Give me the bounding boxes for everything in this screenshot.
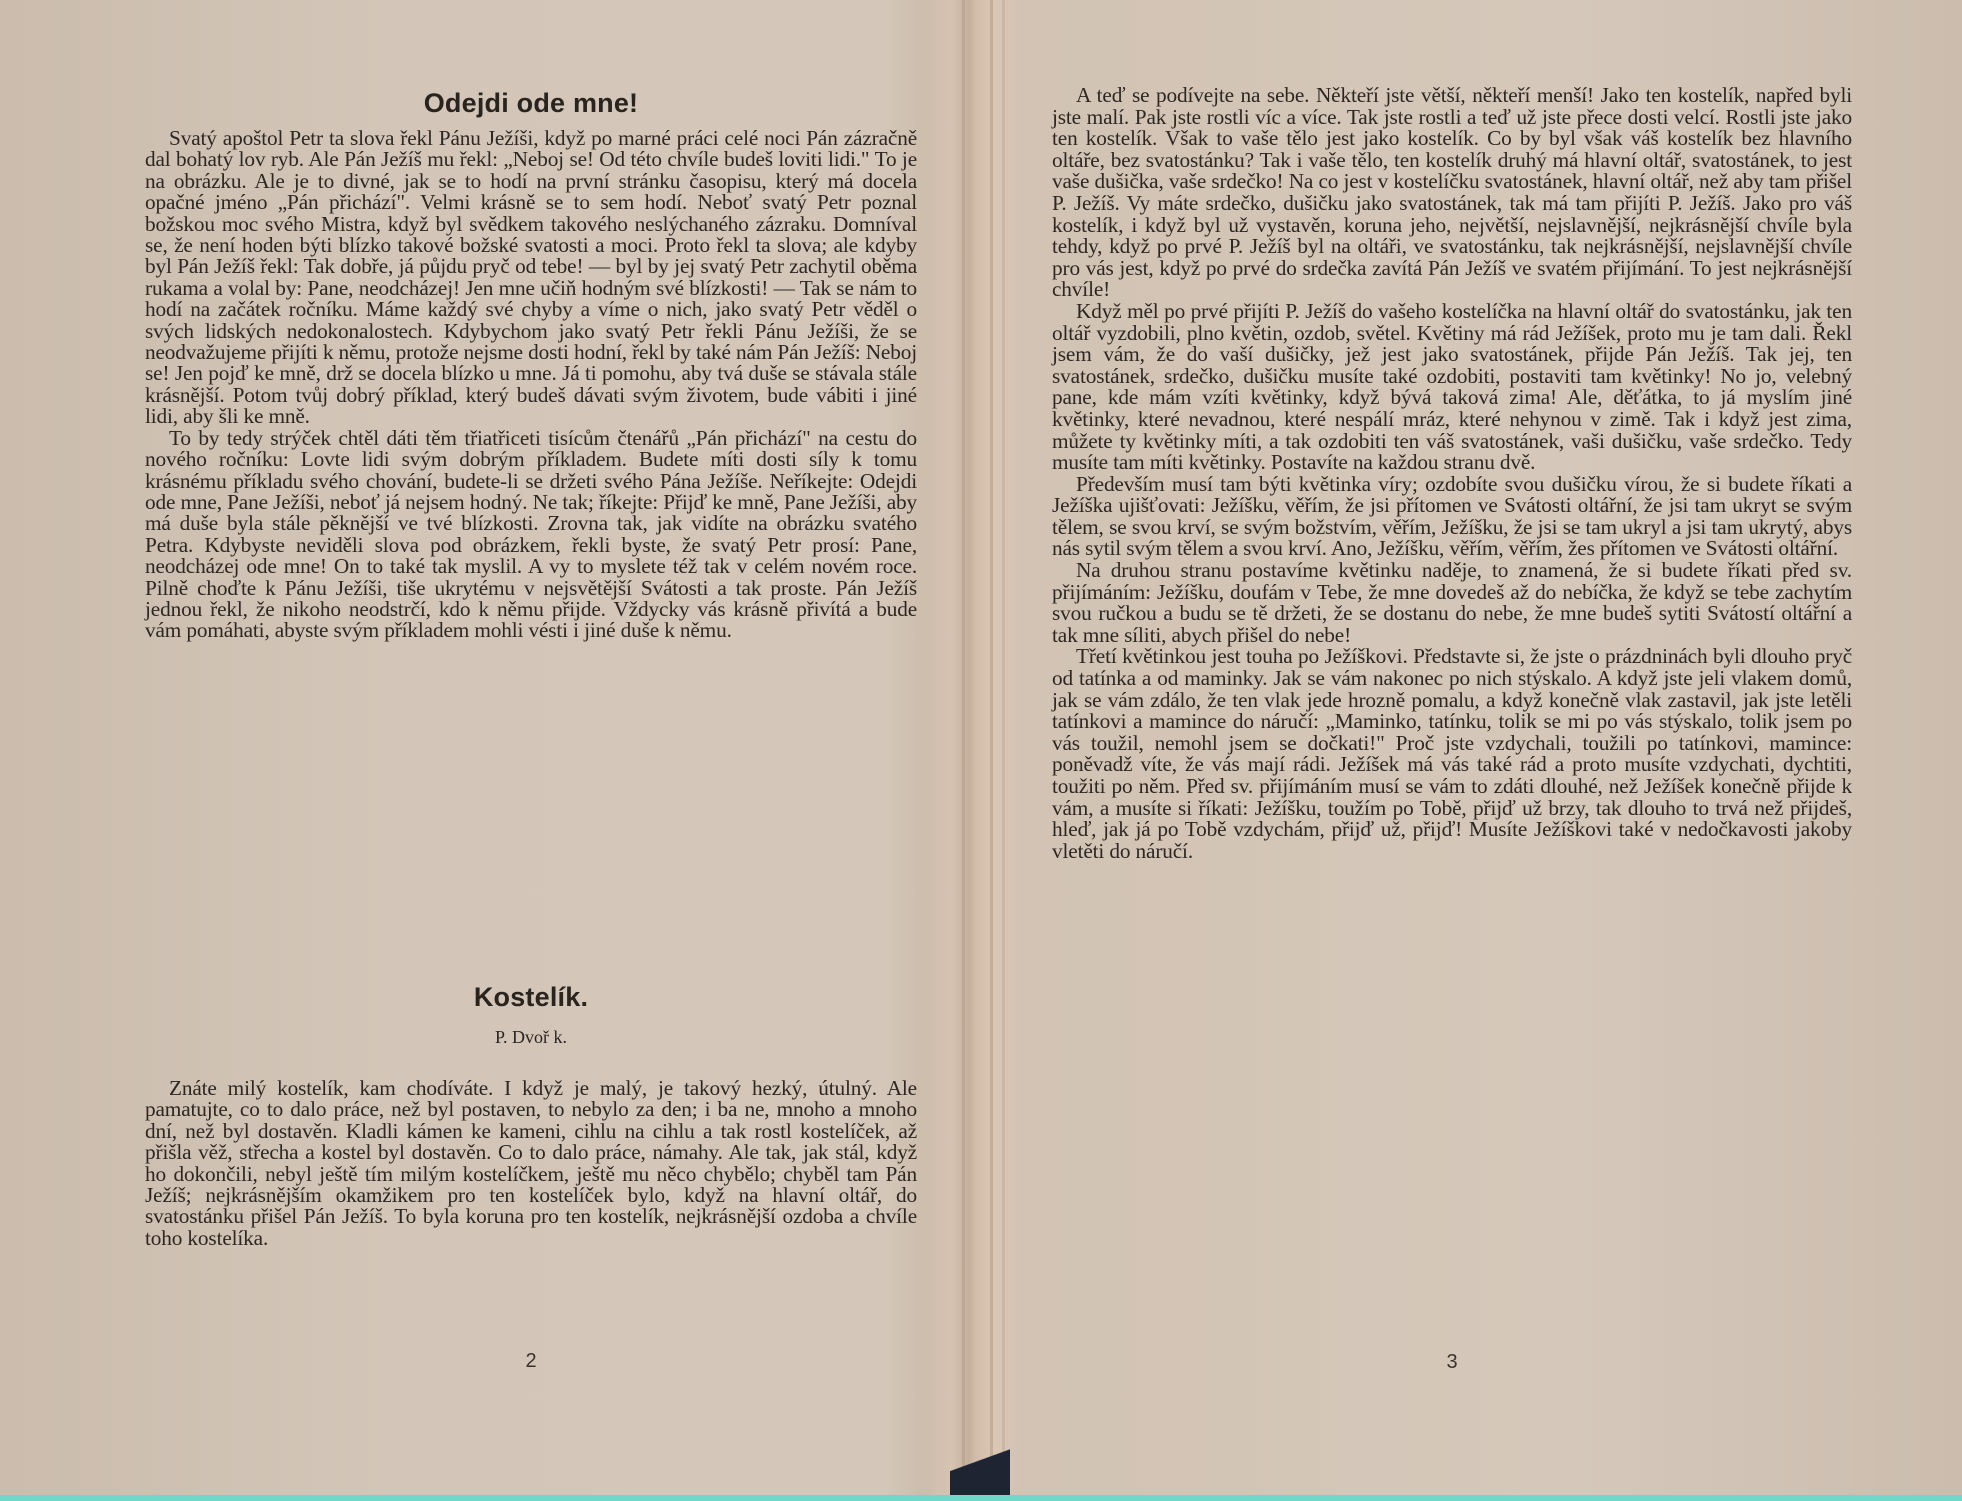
paragraph: Svatý apoštol Petr ta slova řekl Pánu Je… bbox=[145, 128, 917, 428]
gutter-fold-line bbox=[1002, 0, 1005, 1495]
paragraph: Především musí tam býti květinka víry; o… bbox=[1052, 474, 1852, 560]
paragraph: Na druhou stranu postavíme květinku nadě… bbox=[1052, 560, 1852, 646]
gutter-fold-line bbox=[962, 0, 965, 1495]
article-body-kostelik-continued: A teď se podívejte na sebe. Někteří jste… bbox=[1052, 85, 1852, 862]
paragraph: To by tedy strýček chtěl dáti těm třiatř… bbox=[145, 428, 917, 642]
paragraph: A teď se podívejte na sebe. Někteří jste… bbox=[1052, 85, 1852, 301]
gutter-fold-line bbox=[990, 0, 993, 1495]
page-number-right: 3 bbox=[1052, 1351, 1852, 1374]
bottom-edge-strip bbox=[0, 1495, 1962, 1501]
binding-shadow bbox=[950, 1440, 1010, 1495]
page-number-left: 2 bbox=[145, 1350, 917, 1373]
paragraph: Když měl po prvé přijíti P. Ježíš do vaš… bbox=[1052, 301, 1852, 474]
article-title-kostelik: Kostelík. bbox=[145, 982, 917, 1013]
article-body-kostelik: Znáte milý kostelík, kam chodíváte. I kd… bbox=[145, 1078, 917, 1249]
paragraph: Třetí květinkou jest touha po Ježíškovi.… bbox=[1052, 646, 1852, 862]
article-body-odejdi: Svatý apoštol Petr ta slova řekl Pánu Je… bbox=[145, 128, 917, 642]
book-spread: Odejdi ode mne! Svatý apoštol Petr ta sl… bbox=[0, 0, 1962, 1495]
author-byline: P. Dvoř k. bbox=[145, 1027, 917, 1048]
paragraph: Znáte milý kostelík, kam chodíváte. I kd… bbox=[145, 1078, 917, 1249]
article-title-odejdi: Odejdi ode mne! bbox=[145, 88, 917, 119]
